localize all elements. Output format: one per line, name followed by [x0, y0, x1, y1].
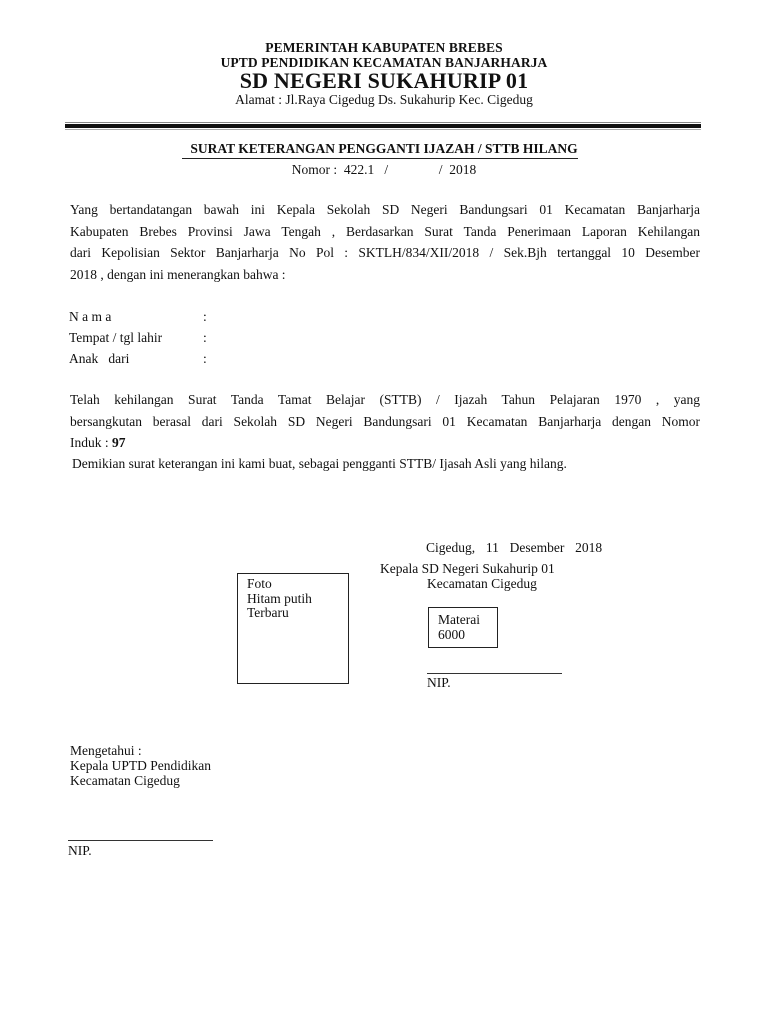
document-title: SURAT KETERANGAN PENGGANTI IJAZAH / STTB… — [0, 141, 768, 157]
letterhead-divider-bottom — [65, 129, 701, 130]
induk-value: 97 — [112, 435, 126, 450]
signature-title: Kepala SD Negeri Sukahurip 01 — [380, 561, 555, 577]
photo-placeholder-text: Foto Hitam putih Terbaru — [247, 577, 312, 621]
field-label-name: N a m a — [69, 309, 111, 325]
stamp-duty-text: Materai 6000 — [438, 613, 480, 642]
letterhead-divider-top — [65, 122, 701, 123]
letterhead-government: PEMERINTAH KABUPATEN BREBES — [0, 40, 768, 56]
closing-statement: Demikian surat keterangan ini kami buat,… — [72, 456, 567, 472]
loss-line: Telah kehilangan Surat Tanda Tamat Belaj… — [70, 389, 700, 411]
signature-line-principal — [427, 673, 562, 674]
signature-place-date: Cigedug, 11 Desember 2018 — [426, 540, 602, 556]
letterhead-divider — [65, 124, 701, 128]
field-label-birth: Tempat / tgl lahir — [69, 330, 162, 346]
loss-line: bersangkutan berasal dari Sekolah SD Neg… — [70, 411, 700, 433]
nip-uptd: NIP. — [68, 843, 92, 859]
field-colon-parent: : — [203, 351, 207, 367]
acknowledgement-title: Kepala UPTD Pendidikan — [70, 758, 211, 774]
photo-line: Foto — [247, 577, 312, 592]
induk-label: Induk : — [70, 435, 112, 450]
intro-line: 2018 , dengan ini menerangkan bahwa : — [70, 264, 700, 286]
document-number: Nomor : 422.1 / / 2018 — [0, 162, 768, 178]
photo-placeholder-box: Foto Hitam putih Terbaru — [237, 573, 349, 684]
signature-subtitle: Kecamatan Cigedug — [427, 576, 537, 592]
intro-line: Yang bertandatangan bawah ini Kepala Sek… — [70, 199, 700, 221]
intro-line: dari Kepolisian Sektor Banjarharja No Po… — [70, 242, 700, 264]
induk-line: Induk : 97 — [70, 432, 700, 454]
photo-line: Terbaru — [247, 606, 312, 621]
stamp-line: Materai — [438, 613, 480, 628]
acknowledgement-label: Mengetahui : — [70, 743, 142, 759]
field-label-parent: Anak dari — [69, 351, 129, 367]
letterhead-school-name: SD NEGERI SUKAHURIP 01 — [0, 68, 768, 94]
stamp-duty-box: Materai 6000 — [428, 607, 498, 648]
nip-principal: NIP. — [427, 675, 451, 691]
field-colon-birth: : — [203, 330, 207, 346]
field-colon-name: : — [203, 309, 207, 325]
stamp-line: 6000 — [438, 628, 480, 643]
letterhead-address: Alamat : Jl.Raya Cigedug Ds. Sukahurip K… — [0, 92, 768, 108]
title-underline — [182, 158, 578, 159]
loss-paragraph: Telah kehilangan Surat Tanda Tamat Belaj… — [70, 389, 700, 454]
acknowledgement-subtitle: Kecamatan Cigedug — [70, 773, 180, 789]
photo-line: Hitam putih — [247, 592, 312, 607]
intro-line: Kabupaten Brebes Provinsi Jawa Tengah , … — [70, 221, 700, 243]
intro-paragraph: Yang bertandatangan bawah ini Kepala Sek… — [70, 199, 700, 285]
signature-line-uptd — [68, 840, 213, 841]
